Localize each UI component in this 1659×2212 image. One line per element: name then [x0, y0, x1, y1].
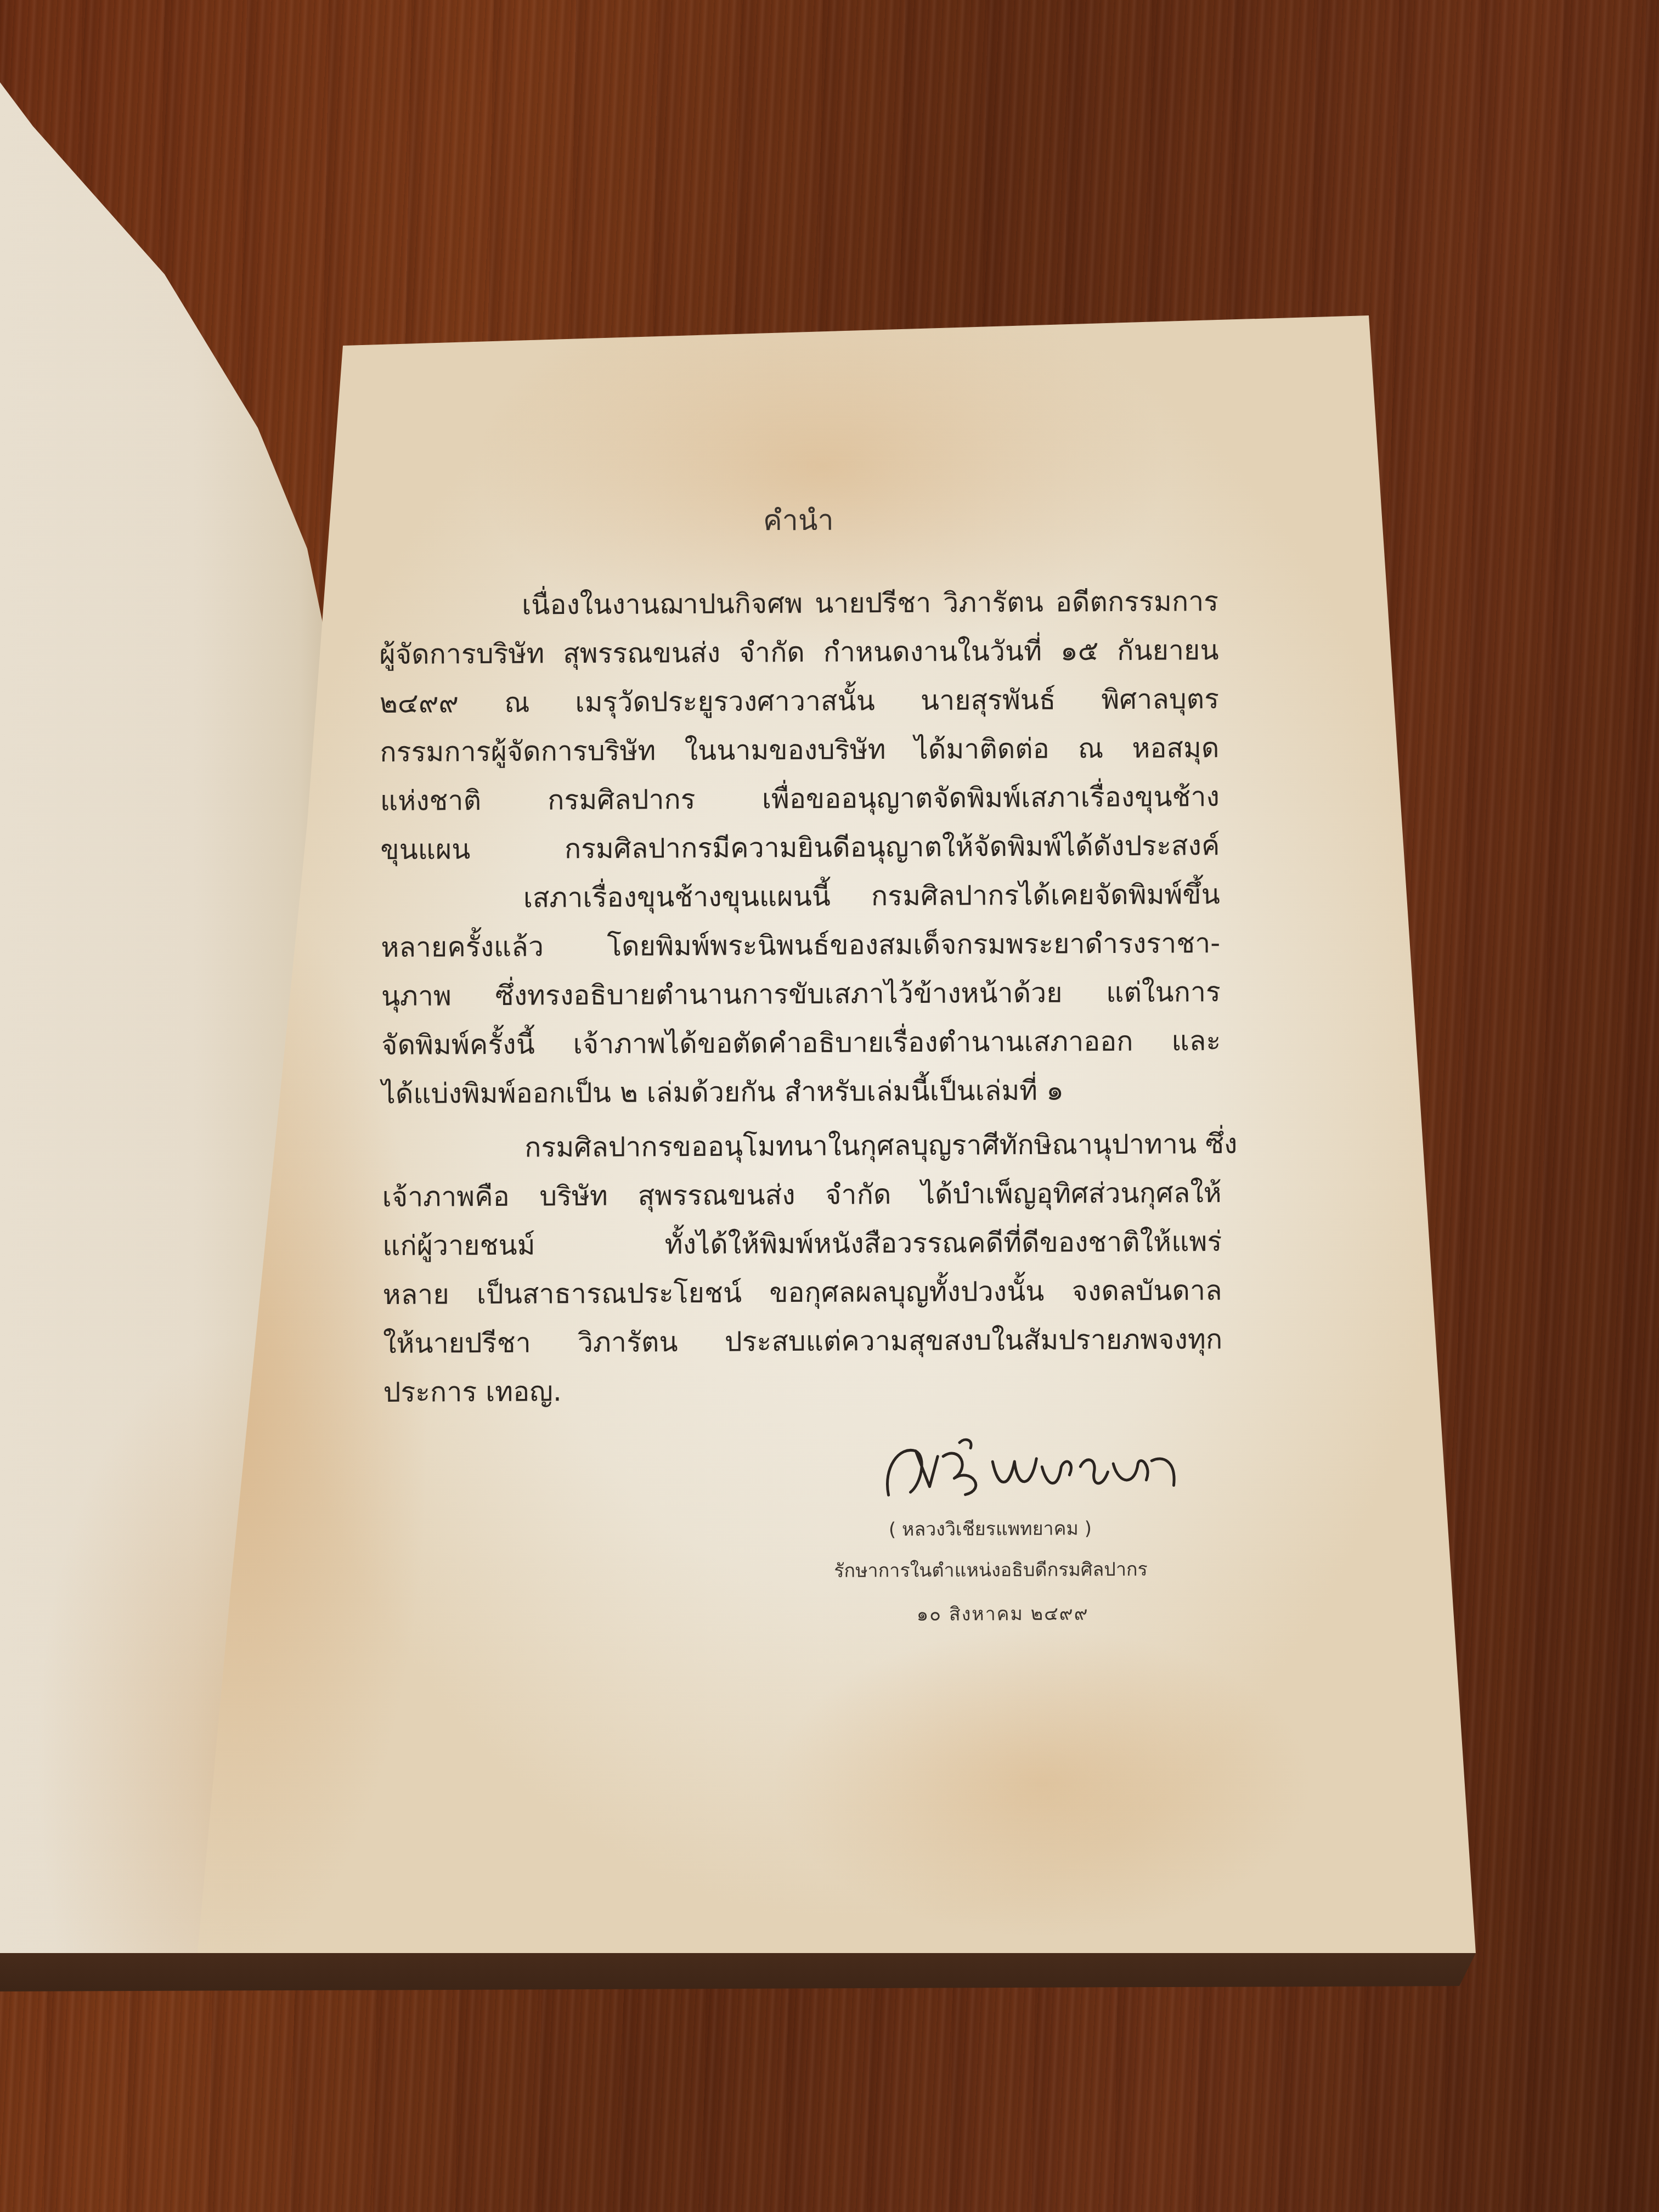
text-line: หลายครั้งแล้ว โดยพิมพ์พระนิพนธ์ของสมเด็จ… [381, 919, 1220, 972]
text-line: กรรมการผู้จัดการบริษัท ในนามของบริษัท ได… [380, 724, 1219, 777]
text-line: นุภาพ ซึ่งทรงอธิบายตำนานการขับเสภาไว้ข้า… [381, 968, 1221, 1021]
page-content: คำนำ เนื่องในงานฌาปนกิจศพ นายปรีชา วิภาร… [379, 489, 1224, 1646]
paragraph-2: เสภาเรื่องขุนช้างขุนแผนนี้ กรมศิลปากรได้… [381, 870, 1221, 1119]
text-line: แก่ผู้วายชนม์ ทั้งได้ให้พิมพ์หนังสือวรรณ… [382, 1217, 1222, 1271]
signatory-name: ( หลวงวิเชียรแพทยาคม ) [889, 1513, 1092, 1544]
text-line: ให้นายปรีชา วิภารัตน ประสบแต่ความสุขสงบใ… [383, 1315, 1222, 1368]
text-line: กรมศิลปากรขออนุโมทนาในกุศลบุญราศีทักษิณา… [382, 1120, 1221, 1173]
text-line: ประการ เทอญ. [383, 1364, 1222, 1417]
text-line: เจ้าภาพคือ บริษัท สุพรรณขนส่ง จำกัด ได้บ… [382, 1169, 1221, 1222]
text-line: หลาย เป็นสาธารณประโยชน์ ขอกุศลผลบุญทั้งป… [382, 1266, 1222, 1319]
text-line: ขุนแผน กรมศิลปากรมีความยินดีอนุญาตให้จัด… [380, 821, 1220, 874]
text-line: เสภาเรื่องขุนช้างขุนแผนนี้ กรมศิลปากรได้… [381, 870, 1220, 923]
foreword-body: เนื่องในงานฌาปนกิจศพ นายปรีชา วิภารัตน อ… [379, 577, 1223, 1417]
text-line: ผู้จัดการบริษัท สุพรรณขนส่ง จำกัด กำหนดง… [379, 626, 1218, 679]
paragraph-1: เนื่องในงานฌาปนกิจศพ นายปรีชา วิภารัตน อ… [379, 577, 1220, 874]
signature-date: ๑๐ สิงหาคม ๒๔๙๙ [917, 1598, 1089, 1629]
text-line: เนื่องในงานฌาปนกิจศพ นายปรีชา วิภารัตน อ… [379, 577, 1218, 630]
signatory-role: รักษาการในตำแหน่งอธิบดีกรมศิลปากร [834, 1554, 1148, 1585]
text-line: ได้แบ่งพิมพ์ออกเป็น ๒ เล่มด้วยกัน สำหรับ… [381, 1065, 1221, 1119]
handwritten-signature [877, 1433, 1185, 1506]
text-line: ๒๔๙๙ ณ เมรุวัดประยูรวงศาวาสนั้น นายสุรพั… [380, 675, 1219, 728]
paragraph-3: กรมศิลปากรขออนุโมทนาในกุศลบุญราศีทักษิณา… [382, 1120, 1223, 1417]
page-title: คำนำ [379, 495, 1218, 545]
text-line: แห่งชาติ กรมศิลปากร เพื่อขออนุญาตจัดพิมพ… [380, 772, 1220, 826]
text-line: จัดพิมพ์ครั้งนี้ เจ้าภาพได้ขอตัดคำอธิบาย… [381, 1017, 1221, 1070]
